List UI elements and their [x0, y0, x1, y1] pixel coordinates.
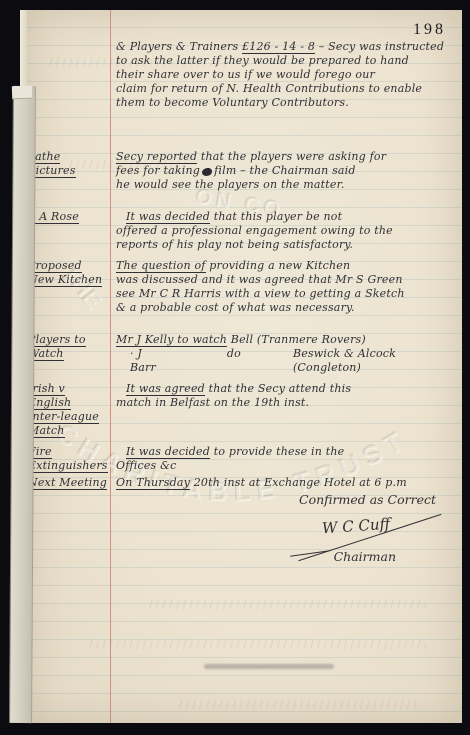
minutes-content: & Players & Trainers £126 - 14 - 8 – Sec… — [26, 40, 456, 490]
minute-line: them to become Voluntary Contributors. — [116, 96, 456, 110]
minute-line: Mr J Kelly to watch Bell (Tranmere Rover… — [116, 333, 456, 347]
minute-line: offered a professional engagement owing … — [116, 224, 456, 238]
minute-line: their share over to us if we would foreg… — [116, 68, 456, 82]
minute-line: The question of providing a new Kitchen — [116, 259, 456, 273]
minute-line: to ask the latter if they would be prepa… — [116, 54, 456, 68]
page-number: 198 — [413, 21, 446, 39]
minute-line: It was agreed that the Secy attend this — [116, 382, 456, 396]
minute-line: fees for taking a film – the Chairman sa… — [116, 164, 456, 178]
scanned-minute-book-page: CHARITABLE TRUST CHARITABLE TRUST THE TH… — [0, 0, 470, 735]
binding-tape — [9, 86, 36, 723]
chairman-title: Chairman — [334, 549, 396, 564]
minute-line: was discussed and it was agreed that Mr … — [116, 273, 456, 287]
minute-entry-pathe-pictures: Pathe Pictures Secy reported that the pl… — [26, 150, 456, 192]
margin-heading: Fire Extinguishers — [26, 445, 110, 473]
minute-entry-fire-extinguishers: Fire Extinguishers It was decided to pro… — [26, 445, 456, 473]
minute-line: It was decided to provide these in the — [116, 445, 456, 459]
minute-entry-la-rose: L A Rose It was decided that this player… — [26, 210, 456, 252]
ledger-page: CHARITABLE TRUST CHARITABLE TRUST THE TH… — [26, 10, 462, 723]
bleed-through-texture — [146, 600, 426, 609]
minute-line: Offices &c — [116, 459, 456, 473]
margin-heading: Pathe Pictures — [26, 150, 110, 178]
minute-line: reports of his play not being satisfacto… — [116, 238, 456, 252]
minute-entry-players-to-watch: Players to Watch Mr J Kelly to watch Bel… — [26, 333, 456, 375]
confirmation-text: Confirmed as Correct — [299, 492, 436, 507]
minute-entry-proposed-new-kitchen: Proposed New Kitchen The question of pro… — [26, 259, 456, 315]
margin-heading: Next Meeting — [26, 476, 110, 490]
binding-tape-fold — [12, 86, 32, 100]
minute-line: he would see the players on the matter. — [116, 178, 456, 192]
page-edge — [20, 10, 27, 92]
minute-entry-interleague-match: Irish v EnglishInter-league Match It was… — [26, 382, 456, 438]
minute-line: match in Belfast on the 19th inst. — [116, 396, 456, 410]
minute-line: · J BarrdoBeswick & Alcock (Congleton) — [116, 347, 456, 375]
minute-line: On Thursday 20th inst at Exchange Hotel … — [116, 476, 456, 490]
minute-line: Secy reported that the players were aski… — [116, 150, 456, 164]
margin-heading: Players to Watch — [26, 333, 110, 361]
minute-line: & a probable cost of what was necessary. — [116, 301, 456, 315]
minute-line: claim for return of N. Health Contributi… — [116, 82, 456, 96]
bleed-through-texture — [176, 700, 416, 709]
margin-heading: Proposed New Kitchen — [26, 259, 110, 287]
signature-block: Confirmed as Correct W C Cuff Chairman — [299, 492, 436, 565]
minute-entry-players-trainers: & Players & Trainers £126 - 14 - 8 – Sec… — [26, 40, 456, 110]
margin-heading: L A Rose — [26, 210, 110, 224]
bleed-through-texture — [86, 640, 426, 649]
minute-line: see Mr C R Harris with a view to getting… — [116, 287, 456, 301]
minute-line: & Players & Trainers £126 - 14 - 8 – Sec… — [116, 40, 456, 54]
chairman-signature: W C Cuff — [321, 515, 390, 538]
margin-heading: Irish v EnglishInter-league Match — [26, 382, 110, 438]
minute-line: It was decided that this player be not — [116, 210, 456, 224]
erased-smudge — [204, 664, 334, 669]
minute-entry-next-meeting: Next Meeting On Thursday 20th inst at Ex… — [26, 476, 456, 490]
